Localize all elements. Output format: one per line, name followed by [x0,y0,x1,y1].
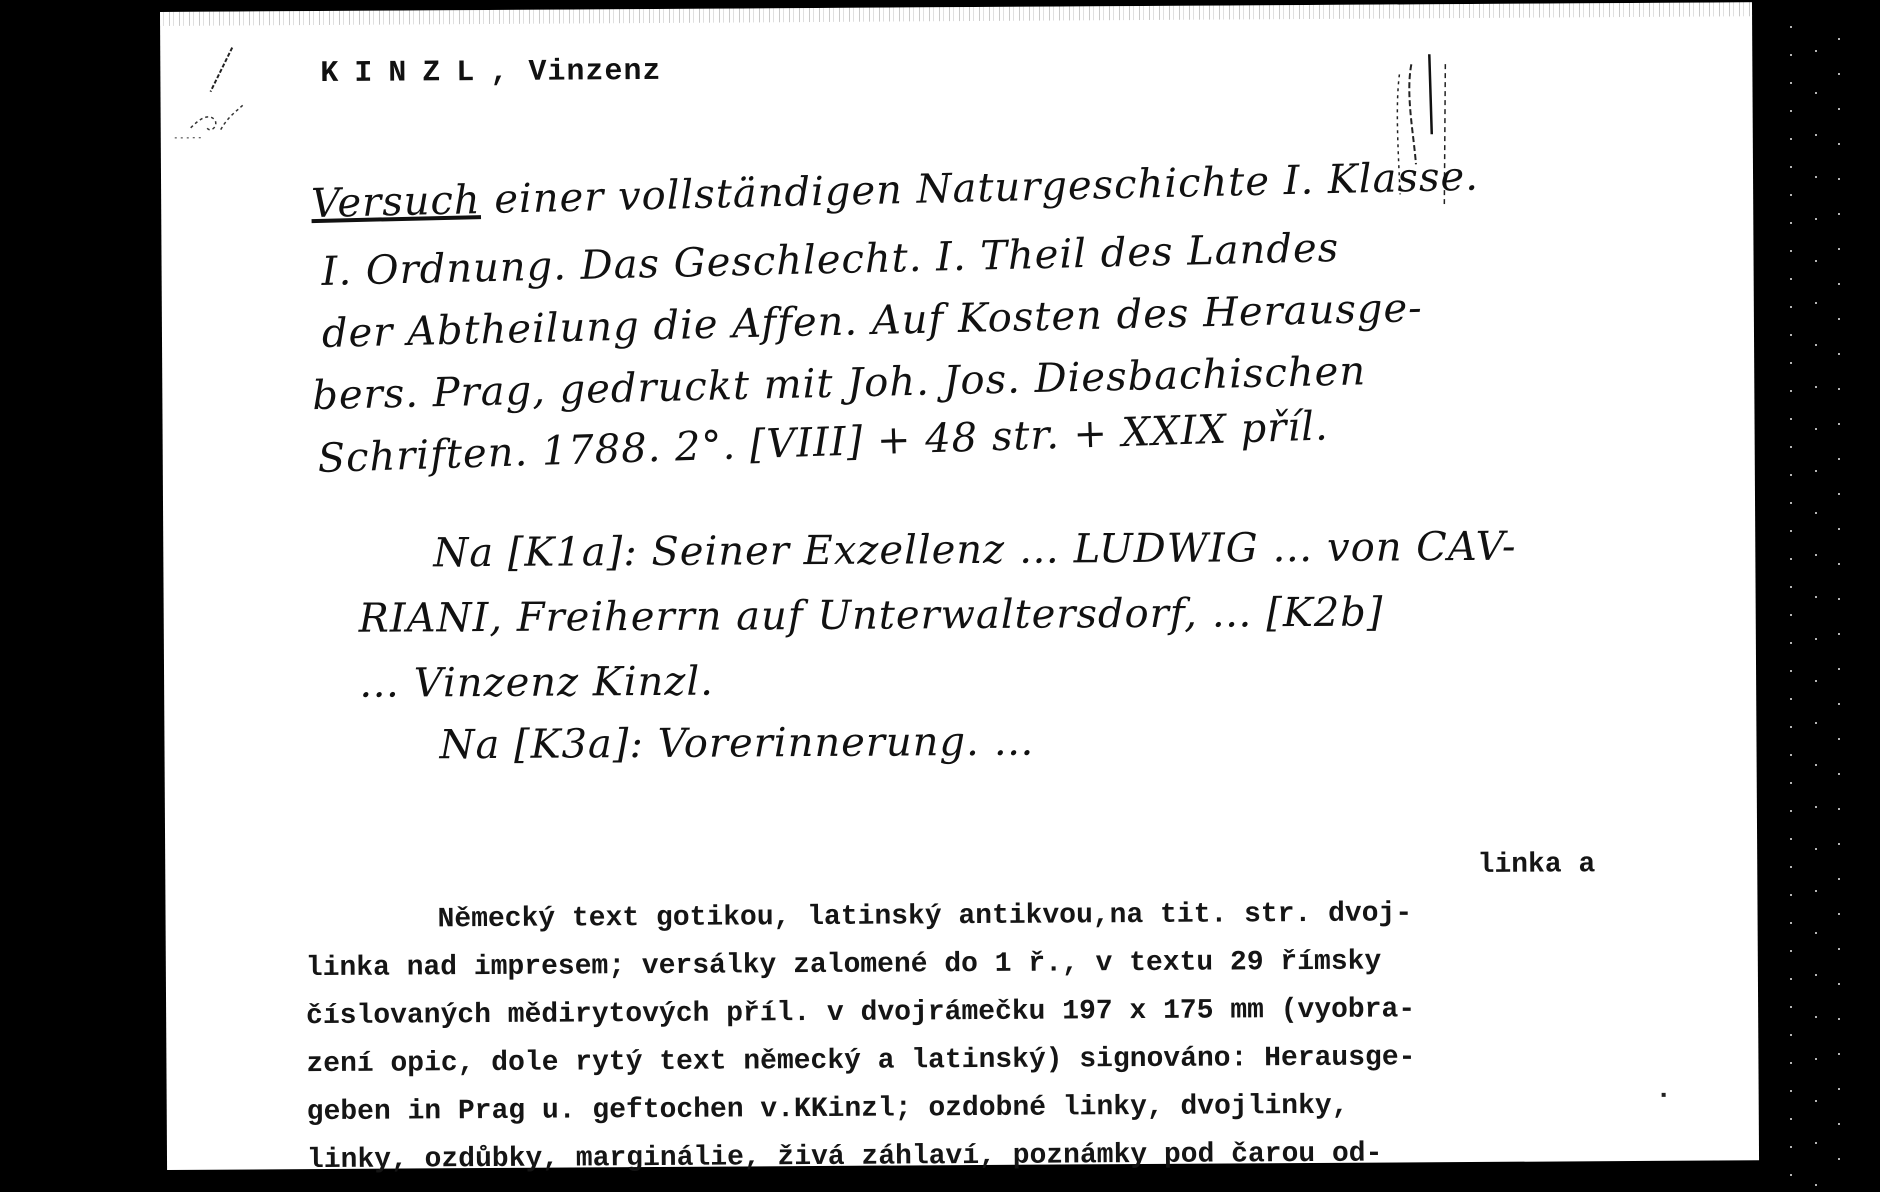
scan-edge-speckle [160,2,1752,26]
handwritten-title-line-2: I. Ordnung. Das Geschlecht. I. Theil des… [321,225,1340,295]
typed-line: linky, ozdůbky, marginálie, živá záhlaví… [307,1128,1757,1185]
title-line-1-rest: einer vollständigen Naturgeschichte I. K… [480,154,1479,224]
handwritten-title-line-1: Versuch einer vollständigen Naturgeschic… [311,154,1480,228]
handwritten-dedication-line-2: RIANI, Freiherrn auf Unterwaltersdorf, …… [359,590,1384,642]
typed-description: linka a Německý text gotikou, latinský a… [305,840,1757,1185]
title-first-word: Versuch [311,177,482,227]
pencil-margin-mark-icon [170,29,271,140]
catalog-card: KINZL, Vinzenz Versuch einer vollständig… [160,2,1759,1170]
typed-line: linka a [305,840,1755,897]
handwritten-dedication-line-3: … Vinzenz Kinzl. [359,659,714,707]
handwritten-dedication-line-1: Na [K1a]: Seiner Exzellenz … LUDWIG … vo… [433,524,1516,577]
author-surname: KINZL [320,56,490,91]
handwritten-title-line-3: der Abtheilung die Affen. Auf Kosten des… [321,285,1423,357]
handwritten-preface-line: Na [K3a]: Vorerinnerung. … [439,719,1034,769]
scan-border-noise [1790,0,1850,1192]
author-given-name: Vinzenz [528,55,661,90]
heading-separator: , [490,56,509,90]
ink-speck [1662,1093,1666,1097]
card-heading: KINZL, Vinzenz [320,55,661,91]
